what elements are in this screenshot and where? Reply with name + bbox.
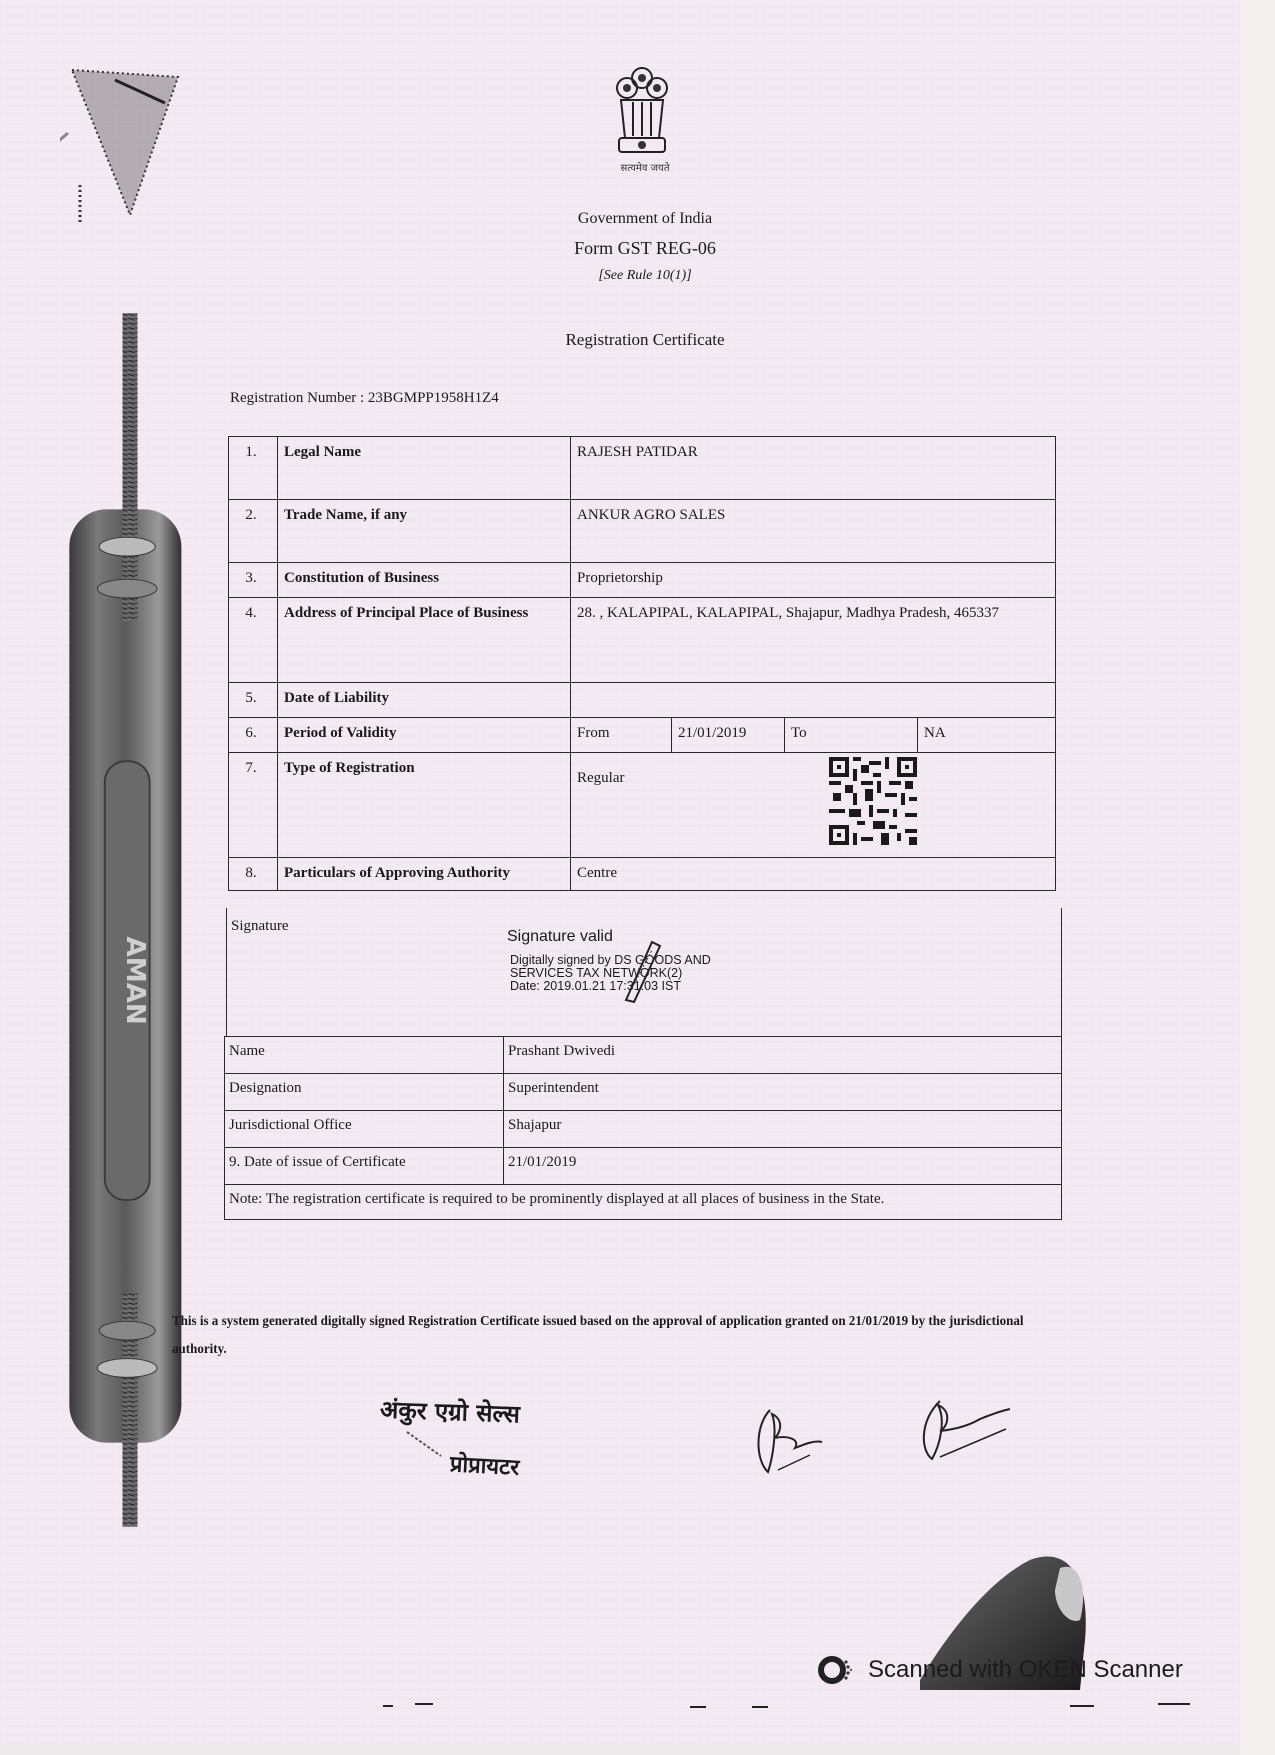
qr-code-icon	[829, 757, 917, 845]
row-number: 5.	[229, 683, 278, 718]
page-edge	[1240, 0, 1275, 1755]
corner-scribble-mark	[60, 35, 200, 225]
from-date: 21/01/2019	[671, 718, 784, 752]
binder-clip: AMAN	[60, 270, 200, 1570]
signature-status: Signature valid	[507, 928, 613, 946]
signature-valid-check-icon	[622, 936, 662, 1006]
scan-artifact	[415, 1703, 433, 1705]
approving-authority-value: Centre	[571, 858, 1056, 891]
to-date: NA	[917, 718, 1055, 752]
registration-number-label: Registration Number :	[230, 390, 364, 406]
officer-name-value: Prashant Dwivedi	[504, 1037, 1062, 1074]
row-number: 7.	[229, 753, 278, 858]
national-emblem-icon	[607, 60, 677, 160]
officer-field-label: Jurisdictional Office	[225, 1111, 504, 1148]
table-row: 6. Period of Validity From 21/01/2019 To…	[229, 718, 1056, 753]
table-row: 8. Particulars of Approving Authority Ce…	[229, 858, 1056, 891]
registration-number-line: Registration Number : 23BGMPP1958H1Z4	[230, 390, 499, 407]
field-label: Date of Liability	[278, 683, 571, 718]
handwritten-signature-1	[750, 1400, 840, 1480]
scan-artifact	[383, 1705, 393, 1707]
table-row: Designation Superintendent	[225, 1074, 1062, 1111]
stamp-business-name: अंकुर एग्रो सेल्स	[379, 1393, 520, 1431]
trade-name-value: ANKUR AGRO SALES	[571, 500, 1056, 563]
digital-signature-details: Digitally signed by DS GOODS AND SERVICE…	[510, 954, 711, 993]
scanner-watermark-text: Scanned with OKEN Scanner	[868, 1656, 1183, 1684]
field-label: Legal Name	[278, 437, 571, 500]
row-number: 3.	[229, 563, 278, 598]
to-label: To	[784, 718, 917, 752]
table-row: 9. Date of issue of Certificate 21/01/20…	[225, 1148, 1062, 1185]
officer-field-label: Name	[225, 1037, 504, 1074]
table-row: 2. Trade Name, if any ANKUR AGRO SALES	[229, 500, 1056, 563]
legal-name-value: RAJESH PATIDAR	[571, 437, 1056, 500]
signature-label: Signature	[231, 918, 289, 935]
display-note: Note: The registration certificate is re…	[225, 1185, 1062, 1220]
table-row: 7. Type of Registration Regular	[229, 753, 1056, 858]
stamp-title: प्रोप्रायटर	[449, 1448, 520, 1482]
signature-date: Date: 2019.01.21 17:31:03 IST	[510, 980, 711, 993]
date-of-liability-value	[571, 683, 1056, 718]
form-name: Form GST REG-06	[520, 238, 770, 259]
field-label: Period of Validity	[278, 718, 571, 753]
row-number: 1.	[229, 437, 278, 500]
approving-officer-table: Name Prashant Dwivedi Designation Superi…	[224, 1036, 1062, 1220]
government-label: Government of India	[520, 210, 770, 228]
row-number: 6.	[229, 718, 278, 753]
officer-field-label: Designation	[225, 1074, 504, 1111]
certificate-title: Registration Certificate	[520, 330, 770, 350]
emblem-motto: सत्यमेव जयते	[600, 160, 690, 174]
row-number: 4.	[229, 598, 278, 683]
table-row: 5. Date of Liability	[229, 683, 1056, 718]
table-row: 4. Address of Principal Place of Busines…	[229, 598, 1056, 683]
validity-period: From 21/01/2019 To NA	[571, 718, 1055, 752]
row-number: 2.	[229, 500, 278, 563]
registration-number-value: 23BGMPP1958H1Z4	[368, 390, 499, 406]
stamp-mark	[405, 1430, 445, 1460]
address-value: 28. , KALAPIPAL, KALAPIPAL, Shajapur, Ma…	[571, 598, 1056, 683]
scan-artifact	[690, 1706, 706, 1708]
system-generated-footer: This is a system generated digitally sig…	[172, 1308, 1046, 1364]
scan-artifact	[752, 1706, 768, 1708]
field-label: Constitution of Business	[278, 563, 571, 598]
scan-artifact	[1070, 1705, 1094, 1707]
registration-details-table: 1. Legal Name RAJESH PATIDAR 2. Trade Na…	[228, 436, 1056, 891]
field-label: Address of Principal Place of Business	[278, 598, 571, 683]
table-row: Jurisdictional Office Shajapur	[225, 1111, 1062, 1148]
registration-type-cell: Regular	[571, 753, 1056, 858]
row-number: 8.	[229, 858, 278, 891]
proprietor-stamp: अंकुर एग्रो सेल्स प्रोप्रायटर	[380, 1395, 520, 1480]
table-row: Note: The registration certificate is re…	[225, 1185, 1062, 1220]
constitution-value: Proprietorship	[571, 563, 1056, 598]
svg-text:AMAN: AMAN	[120, 937, 150, 1025]
field-label: Trade Name, if any	[278, 500, 571, 563]
handwritten-signature-2	[910, 1395, 1020, 1475]
table-row: Name Prashant Dwivedi	[225, 1037, 1062, 1074]
scanner-watermark: Scanned with OKEN Scanner	[818, 1652, 1183, 1688]
field-label: Particulars of Approving Authority	[278, 858, 571, 891]
field-label: Type of Registration	[278, 753, 571, 858]
scan-artifact	[1158, 1703, 1190, 1705]
from-label: From	[571, 718, 671, 752]
table-row: 1. Legal Name RAJESH PATIDAR	[229, 437, 1056, 500]
table-row: 3. Constitution of Business Proprietorsh…	[229, 563, 1056, 598]
designation-value: Superintendent	[504, 1074, 1062, 1111]
officer-field-label: 9. Date of issue of Certificate	[225, 1148, 504, 1185]
registration-type-value: Regular	[577, 770, 624, 787]
validity-cell: From 21/01/2019 To NA	[571, 718, 1056, 753]
rule-reference: [See Rule 10(1)]	[520, 268, 770, 284]
signature-block: Signature Signature valid Digitally sign…	[226, 908, 1062, 1037]
oken-scanner-logo-icon	[818, 1652, 854, 1688]
issue-date-value: 21/01/2019	[504, 1148, 1062, 1185]
jurisdictional-office-value: Shajapur	[504, 1111, 1062, 1148]
